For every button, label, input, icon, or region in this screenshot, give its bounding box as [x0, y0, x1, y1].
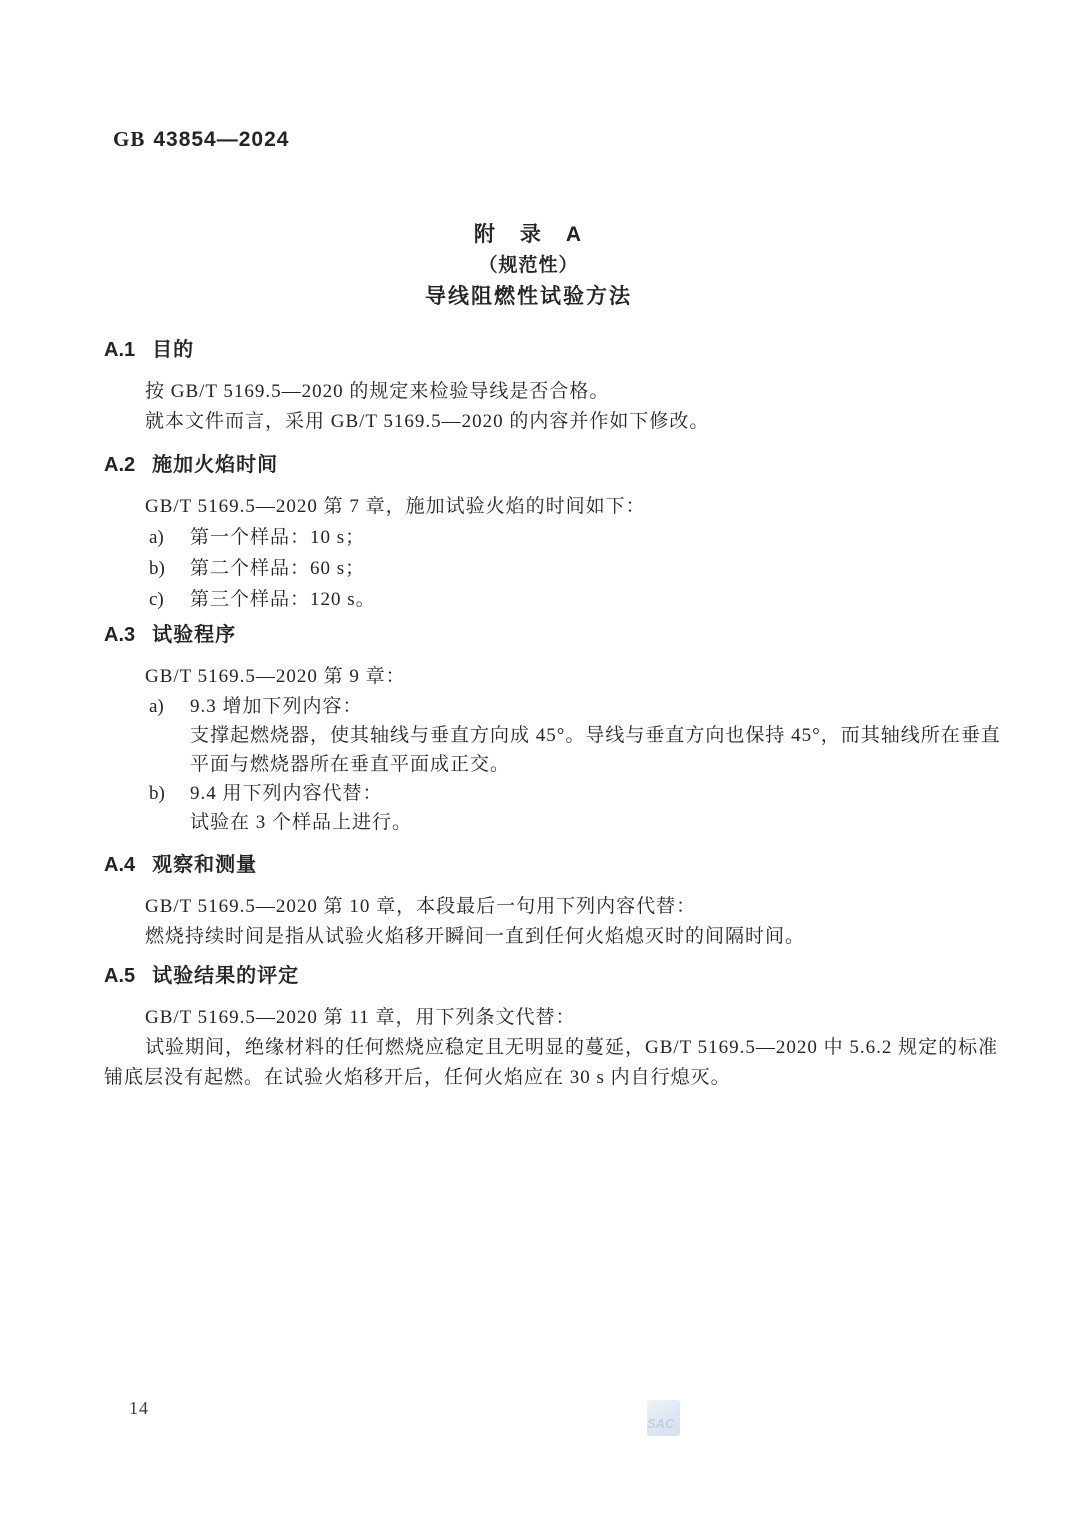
- list-item: a)第一个样品：10 s；: [104, 522, 953, 553]
- paragraph: 试验期间，绝缘材料的任何燃烧应稳定且无明显的蔓延，GB/T 5169.5—202…: [104, 1033, 953, 1063]
- page-content: GB43854—2024 附 录 A （规范性） 导线阻燃性试验方法 A.1目的…: [104, 0, 953, 1093]
- list-flame-times: a)第一个样品：10 s； b)第二个样品：60 s； c)第三个样品：120 …: [104, 522, 953, 615]
- page-number: 14: [129, 1396, 149, 1420]
- standard-prefix: GB: [113, 127, 145, 151]
- list-item-detail: 平面与燃烧器所在垂直平面成正交。: [190, 750, 953, 779]
- list-item: b)第二个样品：60 s；: [104, 553, 953, 584]
- section-title: 试验程序: [152, 624, 236, 646]
- list-item-label: a): [149, 522, 190, 553]
- list-item-label: b): [149, 779, 190, 808]
- section-heading-a4: A.4观察和测量: [104, 850, 953, 880]
- standard-number: GB43854—2024: [113, 126, 953, 153]
- list-item: c)第三个样品：120 s。: [104, 584, 953, 615]
- list-item-text: 第一个样品：10 s；: [190, 522, 365, 553]
- list-item-detail: 支撑起燃烧器，使其轴线与垂直方向成 45°。导线与垂直方向也保持 45°，而其轴…: [190, 721, 953, 750]
- section-title: 目的: [152, 339, 194, 361]
- section-heading-a1: A.1目的: [104, 335, 953, 365]
- section-number: A.4: [104, 854, 135, 876]
- list-procedure: a)9.3 增加下列内容： 支撑起燃烧器，使其轴线与垂直方向成 45°。导线与垂…: [104, 692, 953, 837]
- paragraph: 就本文件而言，采用 GB/T 5169.5—2020 的内容并作如下修改。: [104, 407, 953, 437]
- paragraph: GB/T 5169.5—2020 第 9 章：: [104, 662, 953, 692]
- section-number: A.2: [104, 454, 135, 476]
- list-item-text: 第三个样品：120 s。: [190, 584, 376, 615]
- appendix-normative: （规范性）: [104, 250, 953, 281]
- sac-logo-watermark: SAC: [647, 1400, 680, 1436]
- list-item-text: 9.4 用下列内容代替：: [190, 779, 383, 808]
- sac-logo-text: SAC: [647, 1416, 674, 1431]
- section-number: A.5: [104, 965, 135, 987]
- list-item-detail: 试验在 3 个样品上进行。: [190, 808, 953, 837]
- appendix-title-block: 附 录 A （规范性） 导线阻燃性试验方法: [104, 219, 953, 312]
- list-item-text: 9.3 增加下列内容：: [190, 692, 363, 721]
- section-title: 施加火焰时间: [152, 454, 278, 476]
- section-heading-a2: A.2施加火焰时间: [104, 450, 953, 480]
- section-heading-a5: A.5试验结果的评定: [104, 961, 953, 991]
- section-heading-a3: A.3试验程序: [104, 620, 953, 650]
- list-item-label: c): [149, 584, 190, 615]
- paragraph: GB/T 5169.5—2020 第 11 章，用下列条文代替：: [104, 1003, 953, 1033]
- document-page: GB43854—2024 附 录 A （规范性） 导线阻燃性试验方法 A.1目的…: [0, 0, 1074, 1520]
- section-title: 观察和测量: [152, 854, 257, 876]
- list-item: a)9.3 增加下列内容：: [104, 692, 953, 721]
- appendix-name: 导线阻燃性试验方法: [104, 281, 953, 312]
- paragraph: GB/T 5169.5—2020 第 7 章，施加试验火焰的时间如下：: [104, 492, 953, 522]
- standard-code: 43854—2024: [153, 128, 289, 151]
- list-item-label: a): [149, 692, 190, 721]
- paragraph: GB/T 5169.5—2020 第 10 章，本段最后一句用下列内容代替：: [104, 892, 953, 922]
- list-item: b)9.4 用下列内容代替：: [104, 779, 953, 808]
- section-number: A.3: [104, 624, 135, 646]
- section-number: A.1: [104, 339, 135, 361]
- paragraph-continuation: 铺底层没有起燃。在试验火焰移开后，任何火焰应在 30 s 内自行熄灭。: [104, 1063, 953, 1093]
- paragraph: 按 GB/T 5169.5—2020 的规定来检验导线是否合格。: [104, 377, 953, 407]
- appendix-label: 附 录 A: [104, 219, 953, 250]
- list-item-label: b): [149, 553, 190, 584]
- section-title: 试验结果的评定: [152, 965, 299, 987]
- paragraph: 燃烧持续时间是指从试验火焰移开瞬间一直到任何火焰熄灭时的间隔时间。: [104, 922, 953, 952]
- list-item-text: 第二个样品：60 s；: [190, 553, 365, 584]
